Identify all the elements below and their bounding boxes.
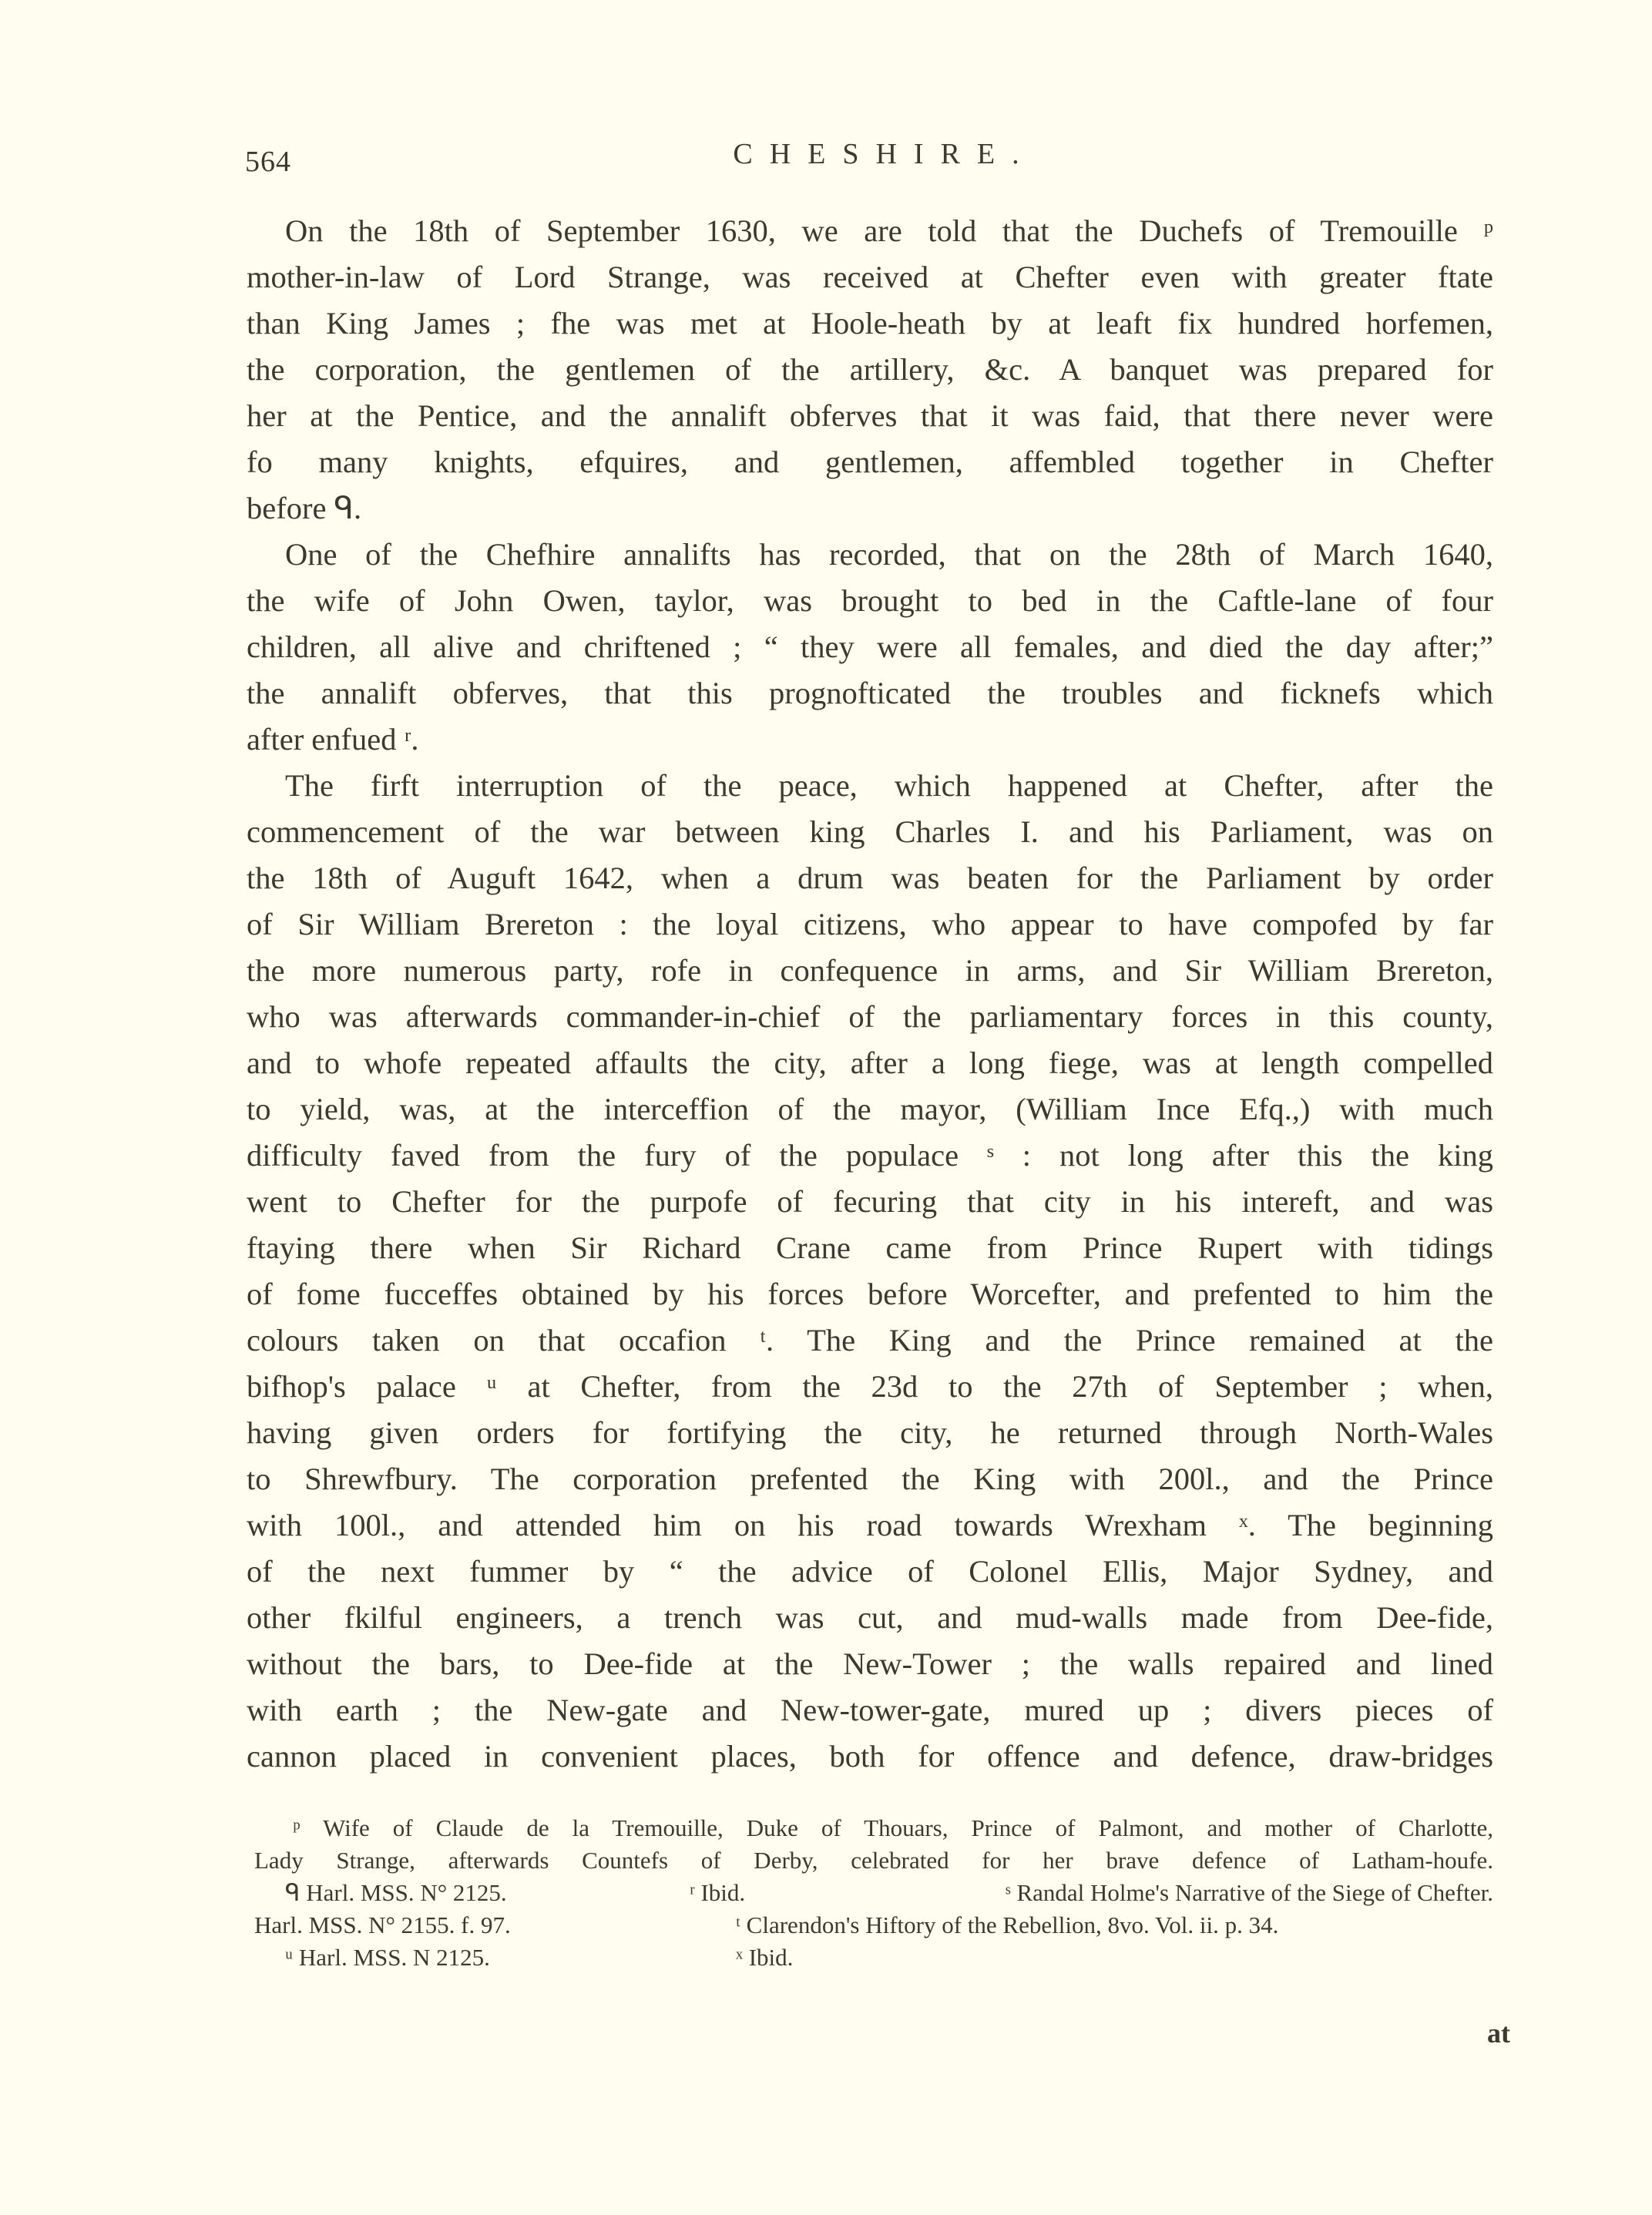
text-line: of Sir William Brereton : the loyal citi…	[247, 901, 1493, 948]
text-line: commencement of the war between king Cha…	[247, 809, 1493, 855]
footnote-p-line-2: Lady Strange, afterwards Countefs of Der…	[254, 1844, 1493, 1877]
text-line: fo many knights, efquires, and gentlemen…	[247, 439, 1493, 485]
text-line: the annalift obferves, that this prognof…	[247, 670, 1493, 717]
text-line: her at the Pentice, and the annalift obf…	[247, 393, 1493, 439]
text-line: before ᑫ.	[247, 485, 1493, 532]
footnote-row: Harl. MSS. N° 2155. f. 97. ᵗ Clarendon's…	[254, 1909, 1493, 1941]
footnote-t: ᵗ Clarendon's Hiftory of the Rebellion, …	[736, 1909, 1278, 1941]
text-line: difficulty faved from the fury of the po…	[247, 1133, 1493, 1179]
text-line: who was afterwards commander-in-chief of…	[247, 994, 1493, 1040]
text-line: other fkilful engineers, a trench was cu…	[247, 1595, 1493, 1641]
text-line: The firft interruption of the peace, whi…	[247, 763, 1493, 809]
running-title: CHESHIRE.	[245, 137, 1493, 171]
footnote-x: ˣ Ibid.	[736, 1941, 793, 1974]
text-line: the wife of John Owen, taylor, was broug…	[247, 578, 1493, 624]
text-line: the more numerous party, rofe in confequ…	[247, 948, 1493, 994]
text-line: mother-in-law of Lord Strange, was recei…	[247, 254, 1493, 300]
text-line: of the next fummer by “ the advice of Co…	[247, 1549, 1493, 1595]
text-line: ftaying there when Sir Richard Crane cam…	[247, 1225, 1493, 1271]
text-line: the corporation, the gentlemen of the ar…	[247, 347, 1493, 393]
text-line: having given orders for fortifying the c…	[247, 1410, 1493, 1456]
footnote-p-line-1: ᵖ Wife of Claude de la Tremouille, Duke …	[254, 1812, 1493, 1844]
text-line: of fome fucceffes obtained by his forces…	[247, 1271, 1493, 1317]
footnote-r: ʳ Ibid.	[690, 1877, 745, 1909]
footnotes: ᵖ Wife of Claude de la Tremouille, Duke …	[254, 1812, 1493, 1974]
text-line: went to Chefter for the purpofe of fecur…	[247, 1179, 1493, 1225]
footnote-u: ᵘ Harl. MSS. N 2125.	[285, 1941, 490, 1974]
text-line: than King James ; fhe was met at Hoole-h…	[247, 300, 1493, 347]
text-line: the 18th of Auguft 1642, when a drum was…	[247, 855, 1493, 901]
footnote-s: ˢ Randal Holme's Narrative of the Siege …	[1006, 1877, 1493, 1909]
text-line: and to whofe repeated affaults the city,…	[247, 1040, 1493, 1086]
footnote-q: ᑫ Harl. MSS. N° 2125.	[285, 1877, 507, 1909]
text-line: cannon placed in convenient places, both…	[247, 1733, 1493, 1780]
text-line: On the 18th of September 1630, we are to…	[247, 208, 1493, 254]
text-line: One of the Chefhire annalifts has record…	[247, 532, 1493, 578]
text-line: to yield, was, at the interceffion of th…	[247, 1086, 1493, 1133]
footnote-row: ᵘ Harl. MSS. N 2125. ˣ Ibid.	[254, 1941, 1493, 1974]
footnote-row: ᑫ Harl. MSS. N° 2125. ʳ Ibid. ˢ Randal H…	[254, 1877, 1493, 1909]
text-line: with earth ; the New-gate and New-tower-…	[247, 1687, 1493, 1733]
text-line: children, all alive and chriftened ; “ t…	[247, 624, 1493, 670]
text-line: with 100l., and attended him on his road…	[247, 1502, 1493, 1549]
text-line: after enfued ʳ.	[247, 717, 1493, 763]
body-text: On the 18th of September 1630, we are to…	[247, 208, 1493, 1780]
book-page: 564 CHESHIRE. On the 18th of September 1…	[0, 0, 1652, 2215]
text-line: without the bars, to Dee-fide at the New…	[247, 1641, 1493, 1687]
footnote-s-continued: Harl. MSS. N° 2155. f. 97.	[254, 1909, 511, 1941]
text-line: bifhop's palace ᵘ at Chefter, from the 2…	[247, 1364, 1493, 1410]
text-line: to Shrewfbury. The corporation prefented…	[247, 1456, 1493, 1502]
running-head: 564 CHESHIRE.	[245, 137, 1493, 183]
text-line: colours taken on that occafion ᵗ. The Ki…	[247, 1317, 1493, 1364]
catchword: at	[1487, 2017, 1510, 2049]
